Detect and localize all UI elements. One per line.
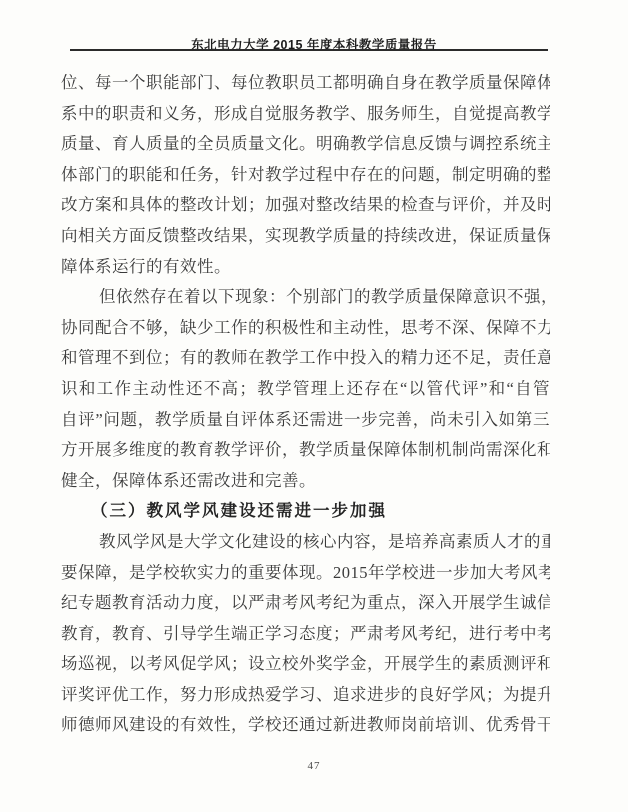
body-text-line: 纪专题教育活动力度，以严肃考风考纪为重点，深入开展学生诚信 xyxy=(61,588,550,619)
body-text-line: 评奖评优工作，努力形成热爱学习、追求进步的良好学风；为提升 xyxy=(61,680,550,711)
body-text-line: 改方案和具体的整改计划；加强对整改结果的检查与评价，并及时 xyxy=(61,190,550,221)
document-body: 位、每一个职能部门、每位教职员工都明确自身在教学质量保障体 系中的职责和义务，形… xyxy=(61,68,550,741)
body-text-line: 场巡视，以考风促学风；设立校外奖学金，开展学生的素质测评和 xyxy=(61,649,550,680)
document-page: 东北电力大学 2015 年度本科教学质量报告 位、每一个职能部门、每位教职员工都… xyxy=(0,0,628,812)
page-number: 47 xyxy=(0,760,628,772)
body-text-line: 和管理不到位；有的教师在教学工作中投入的精力还不足，责任意 xyxy=(61,343,550,374)
body-text-line: 协同配合不够，缺少工作的积极性和主动性，思考不深、保障不力 xyxy=(61,313,550,344)
body-text-line: 自评”问题，教学质量自评体系还需进一步完善，尚未引入如第三 xyxy=(61,405,550,436)
body-text-line: 系中的职责和义务，形成自觉服务教学、服务师生，自觉提高教学 xyxy=(61,99,550,130)
paragraph: 但依然存在着以下现象：个别部门的教学质量保障意识不强， 协同配合不够，缺少工作的… xyxy=(61,282,550,496)
body-text-line: 向相关方面反馈整改结果，实现教学质量的持续改进，保证质量保 xyxy=(61,221,550,252)
paragraph: 位、每一个职能部门、每位教职员工都明确自身在教学质量保障体 系中的职责和义务，形… xyxy=(61,68,550,282)
header-rule xyxy=(70,49,548,51)
body-text-line: 但依然存在着以下现象：个别部门的教学质量保障意识不强， xyxy=(61,282,550,313)
body-text-line: 识和工作主动性还不高；教学管理上还存在“以管代评”和“自管 xyxy=(61,374,550,405)
body-text-line: 教育，教育、引导学生端正学习态度；严肃考风考纪，进行考中考 xyxy=(61,619,550,650)
body-text-line: 师德师风建设的有效性，学校还通过新进教师岗前培训、优秀骨干 xyxy=(61,710,550,741)
body-text-line: 教风学风是大学文化建设的核心内容，是培养高素质人才的重 xyxy=(61,527,550,558)
body-text-line: 要保障，是学校软实力的重要体现。2015年学校进一步加大考风考 xyxy=(61,558,550,589)
body-text-line: 障体系运行的有效性。 xyxy=(61,252,550,283)
section-heading: （三）教风学风建设还需进一步加强 xyxy=(61,496,550,527)
paragraph: 教风学风是大学文化建设的核心内容，是培养高素质人才的重 要保障，是学校软实力的重… xyxy=(61,527,550,741)
body-text-line: 位、每一个职能部门、每位教职员工都明确自身在教学质量保障体 xyxy=(61,68,550,99)
body-text-line: 质量、育人质量的全员质量文化。明确教学信息反馈与调控系统主 xyxy=(61,129,550,160)
body-text-line: 体部门的职能和任务，针对教学过程中存在的问题，制定明确的整 xyxy=(61,160,550,191)
body-text-line: 健全，保障体系还需改进和完善。 xyxy=(61,466,550,497)
body-text-line: 方开展多维度的教育教学评价，教学质量保障体制机制尚需深化和 xyxy=(61,435,550,466)
